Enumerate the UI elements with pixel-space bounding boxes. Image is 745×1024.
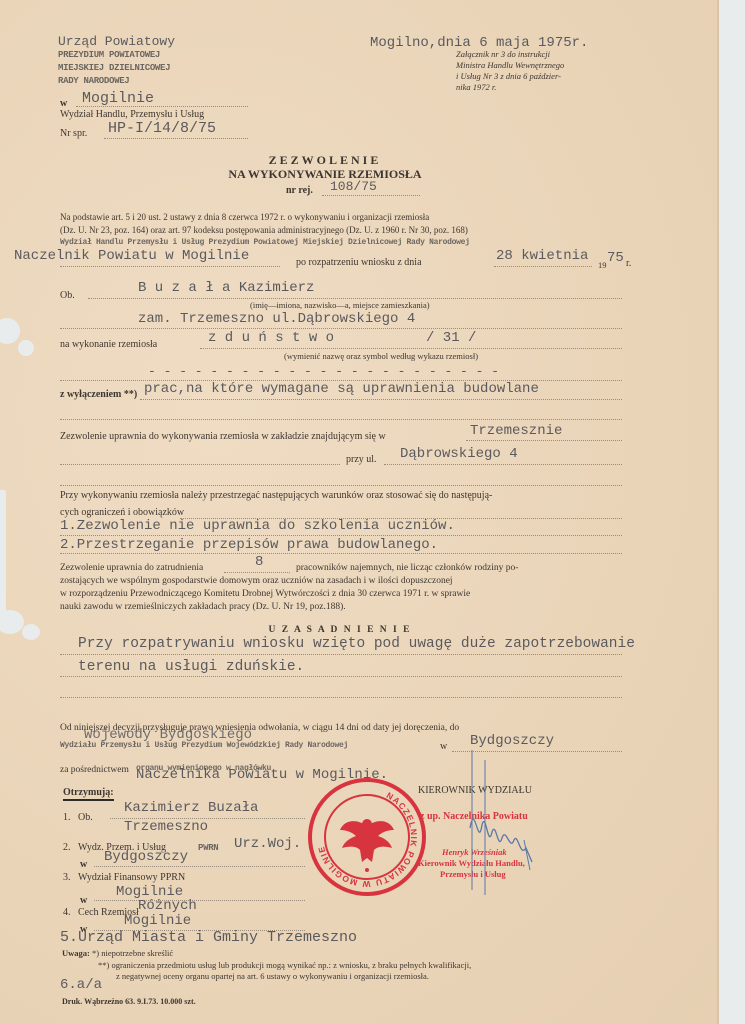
footnote-label: Uwaga: [62,948,90,958]
year-prefix: 19 [598,260,607,270]
workshop-town: Trzemesznie [470,423,562,439]
justification-text: terenu na usługi zduńskie. [78,659,304,675]
office-place: Mogilnie [82,90,154,107]
w-label: w [80,859,87,870]
item-six: 6.a/a [60,977,102,993]
recipient-label: Ob. [78,812,93,823]
punch-hole [0,318,20,344]
exclusion: prac,na które wymagane są uprawnienia bu… [144,381,539,397]
conditions-text: Przy wykonywaniu rzemiosła należy przest… [60,490,492,501]
case-number: HP-I/14/8/75 [108,120,216,137]
recipient-value: Bydgoszczy [104,849,188,865]
applicant-name: B u z a ł a Kazimierz [138,280,314,296]
condition-item: 2.Przestrzeganie przepisów prawa budowla… [60,537,438,553]
footnote: *) niepotrzebne skreślić [92,948,173,958]
after-label: po rozpatrzeniu wniosku z dnia [296,257,422,268]
paper-edge [0,490,6,620]
year-end: r. [626,258,631,269]
recipient-num: 2. [63,842,71,853]
craft-hint: (wymienić nazwę oraz symbol według wykaz… [284,351,478,361]
dash-line: - - - - - - - - - - - - - - - - - - - - … [148,364,499,379]
official-stamp: NACZELNIK POWIATU W MOGILNIE [308,778,426,896]
craft-label: na wykonanie rzemiosła [60,339,157,350]
footnote: **) ograniczenia przedmiotu usług lub pr… [98,960,471,970]
office-name: Urząd Powiatowy [58,34,175,49]
justification-text: Przy rozpatrywaniu wniosku wzięto pod uw… [78,636,635,652]
workshop-text: Zezwolenie uprawnia do wykonywania rzemi… [60,431,386,442]
employment-text: pracowników najemnych, nie licząc członk… [296,563,518,573]
ob-label: Ob. [60,290,75,301]
street-label: przy ul. [346,454,377,465]
legal-basis-line: (Dz. U. Nr 23, poz. 164) oraz art. 97 ko… [60,225,468,235]
authority: Naczelnik Powiatu w Mogilnie [14,248,249,264]
employment-text: zostających we wspólnym gospodarstwie do… [60,576,453,586]
punch-hole [18,340,34,356]
name-hint: (imię—imiona, nazwisko—a, miejsce zamies… [250,300,430,310]
recipient-value: Mogilnie [124,913,191,929]
svg-text:NACZELNIK POWIATU W MOGILNIE: NACZELNIK POWIATU W MOGILNIE [316,790,419,889]
year-suffix: 75 [607,250,624,266]
recipient-num: 3. [63,872,71,883]
workshop-street: Dąbrowskiego 4 [400,446,518,462]
reg-label: nr rej. [286,185,313,196]
recipient-value: Różnych [138,898,197,914]
subtitle: NA WYKONYWANIE RZEMIOSŁA [0,167,650,182]
struck-line: RADY NARODOWEJ [58,76,129,86]
application-date: 28 kwietnia [496,248,588,264]
struck-line: Wydział Handlu Przemysłu i Usług Prezydi… [60,238,470,247]
case-label: Nr spr. [60,128,87,139]
reg-number: 108/75 [330,179,377,194]
craft: z d u ń s t w o [208,330,334,346]
recipient-value: Trzemeszno [124,819,208,835]
recipient-num: 4. [63,907,71,918]
recipient-label: Wydział Finansowy PPRN [78,872,185,883]
struck-line: Wydziału Przemysłu i Usług Prezydium Woj… [60,741,348,750]
legal-basis-line: Na podstawie art. 5 i 20 ust. 2 ustawy z… [60,212,429,222]
employment-text: Zezwolenie uprawnia do zatrudnienia [60,563,203,573]
applicant-address: zam. Trzemeszno ul.Dąbrowskiego 4 [138,311,415,327]
struck-line: PREZYDIUM POWIATOWEJ [58,50,160,60]
recipient-num: 1. [63,812,71,823]
via-label: za pośrednictwem [60,765,129,775]
struck-line: PWRN [198,843,218,853]
recipient-value: 5.Urząd Miasta i Gminy Trzemeszno [60,929,357,946]
stamp-ring-text: NACZELNIK POWIATU W MOGILNIE [312,782,422,892]
recipient-value: Kazimierz Buzała [124,800,258,816]
document-page: Urząd Powiatowy PREZYDIUM POWIATOWEJ MIE… [0,0,719,1024]
justification-heading: U Z A S A D N I E N I E [0,625,680,635]
struck-line: MIEJSKIEJ DZIELNICOWEJ [58,63,170,73]
craft-symbol: / 31 / [426,330,476,346]
footnote: z negatywnej oceny organu opartej na art… [116,971,429,981]
print-info: Druk. Wąbrzeźno 63. 9.I.73. 10.000 szt. [62,997,196,1006]
annex-note: Załącznik nr 3 do instrukcji Ministra Ha… [456,49,564,93]
conditions-text: cych ograniczeń i obowiązków [60,507,184,518]
employee-count: 8 [255,554,263,570]
w-label: w [60,98,67,109]
employment-text: nauki zawodu w rzemieślniczych zakładach… [60,602,346,612]
w-label: w [80,895,87,906]
recipients-heading: Otrzymują: [63,787,114,801]
exclusion-label: z wyłączeniem **) [60,389,137,400]
title: ZEZWOLENIE [0,153,650,168]
handwritten-signature [440,740,560,900]
condition-item: 1.Zezwolenie nie uprawnia do szkolenia u… [60,518,455,534]
department: Wydział Handlu, Przemysłu i Usług [60,109,204,120]
recipient-value: Urz.Woj. [234,836,301,852]
employment-text: w rozporządzeniu Przewodniczącego Komite… [60,589,470,599]
